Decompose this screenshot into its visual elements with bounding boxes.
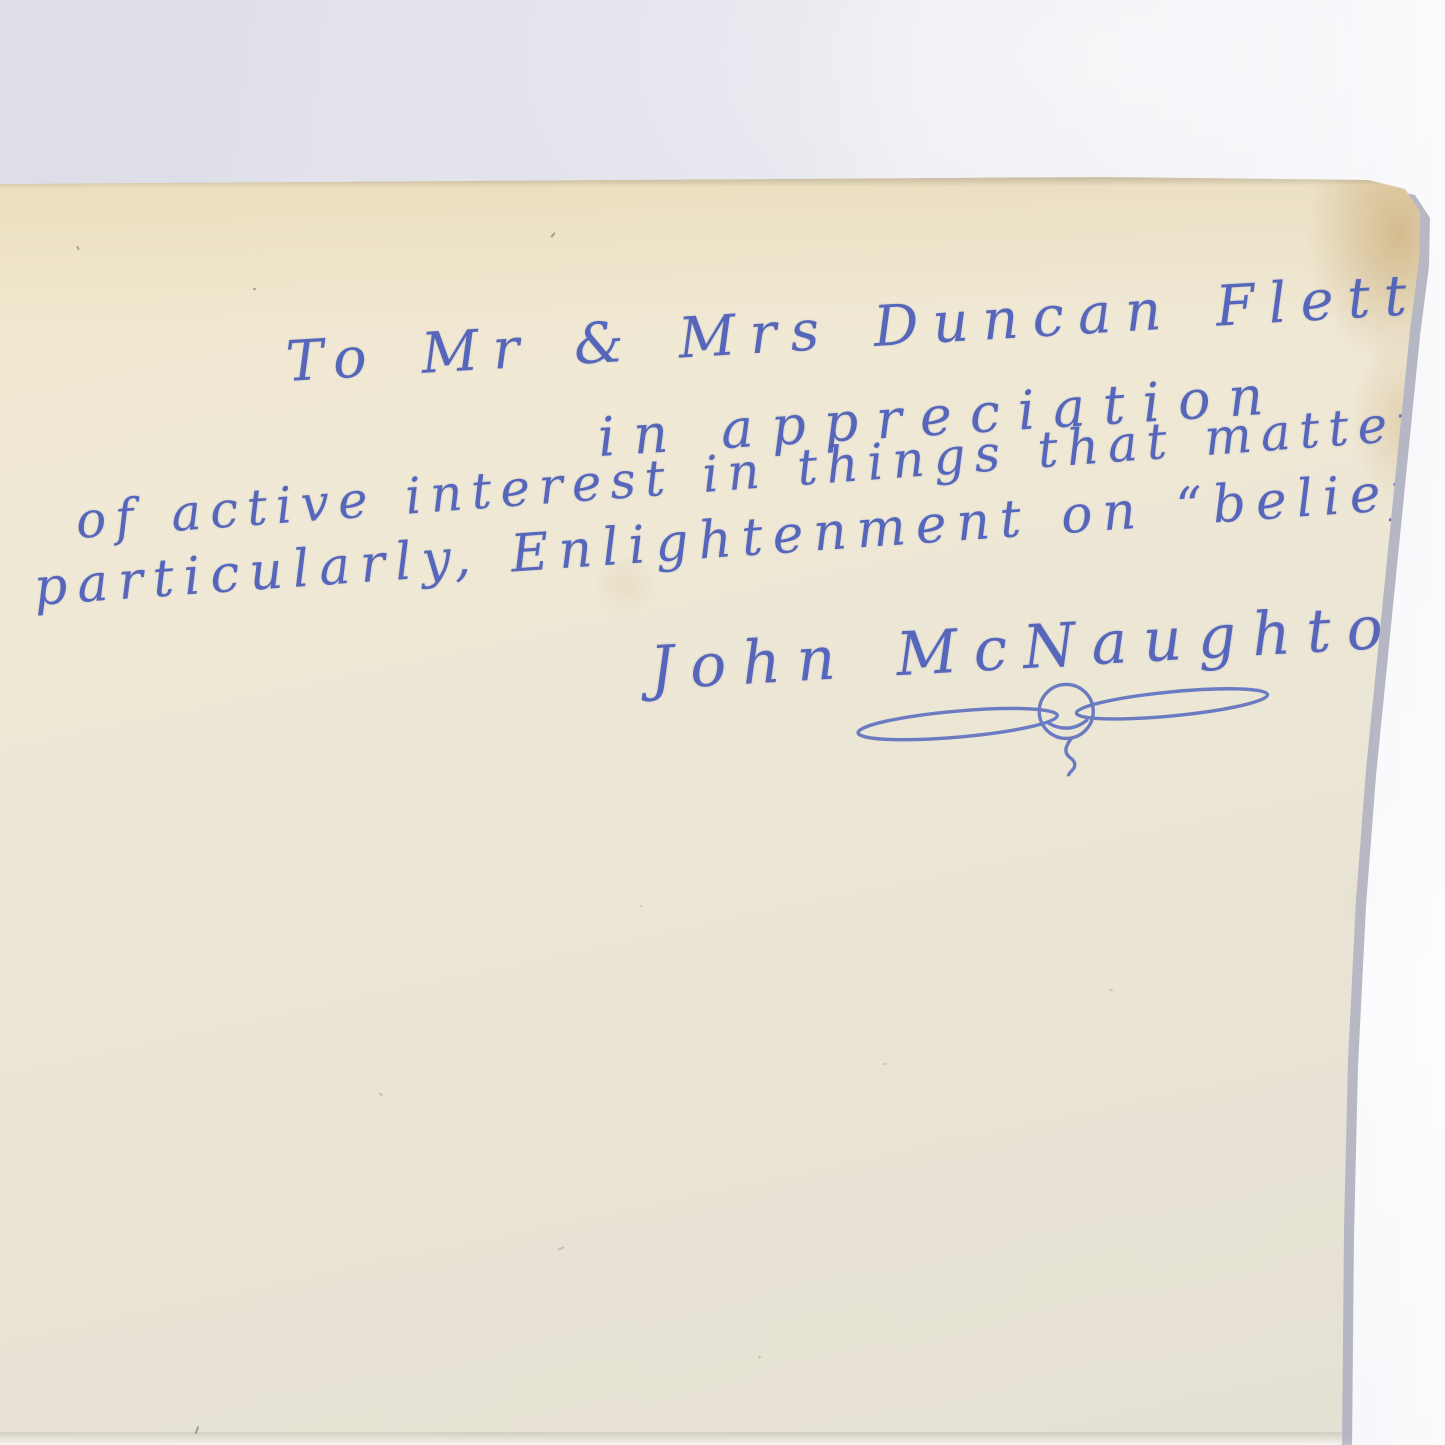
paper-speck [550,232,555,238]
paper-speck [378,1092,383,1097]
paper-speck [253,288,256,290]
paper-speck [883,1063,887,1066]
signature-flourish-icon [842,653,1282,788]
paper-speck [758,1356,761,1358]
paper-speck [76,246,80,250]
page-bottom-edge [0,1432,1342,1445]
paper-speck [640,905,642,907]
paper-speck [1109,988,1113,991]
book-page: To Mr & Mrs Duncan Flett – in appreciati… [0,0,1445,1445]
paper-speck [557,1246,564,1251]
